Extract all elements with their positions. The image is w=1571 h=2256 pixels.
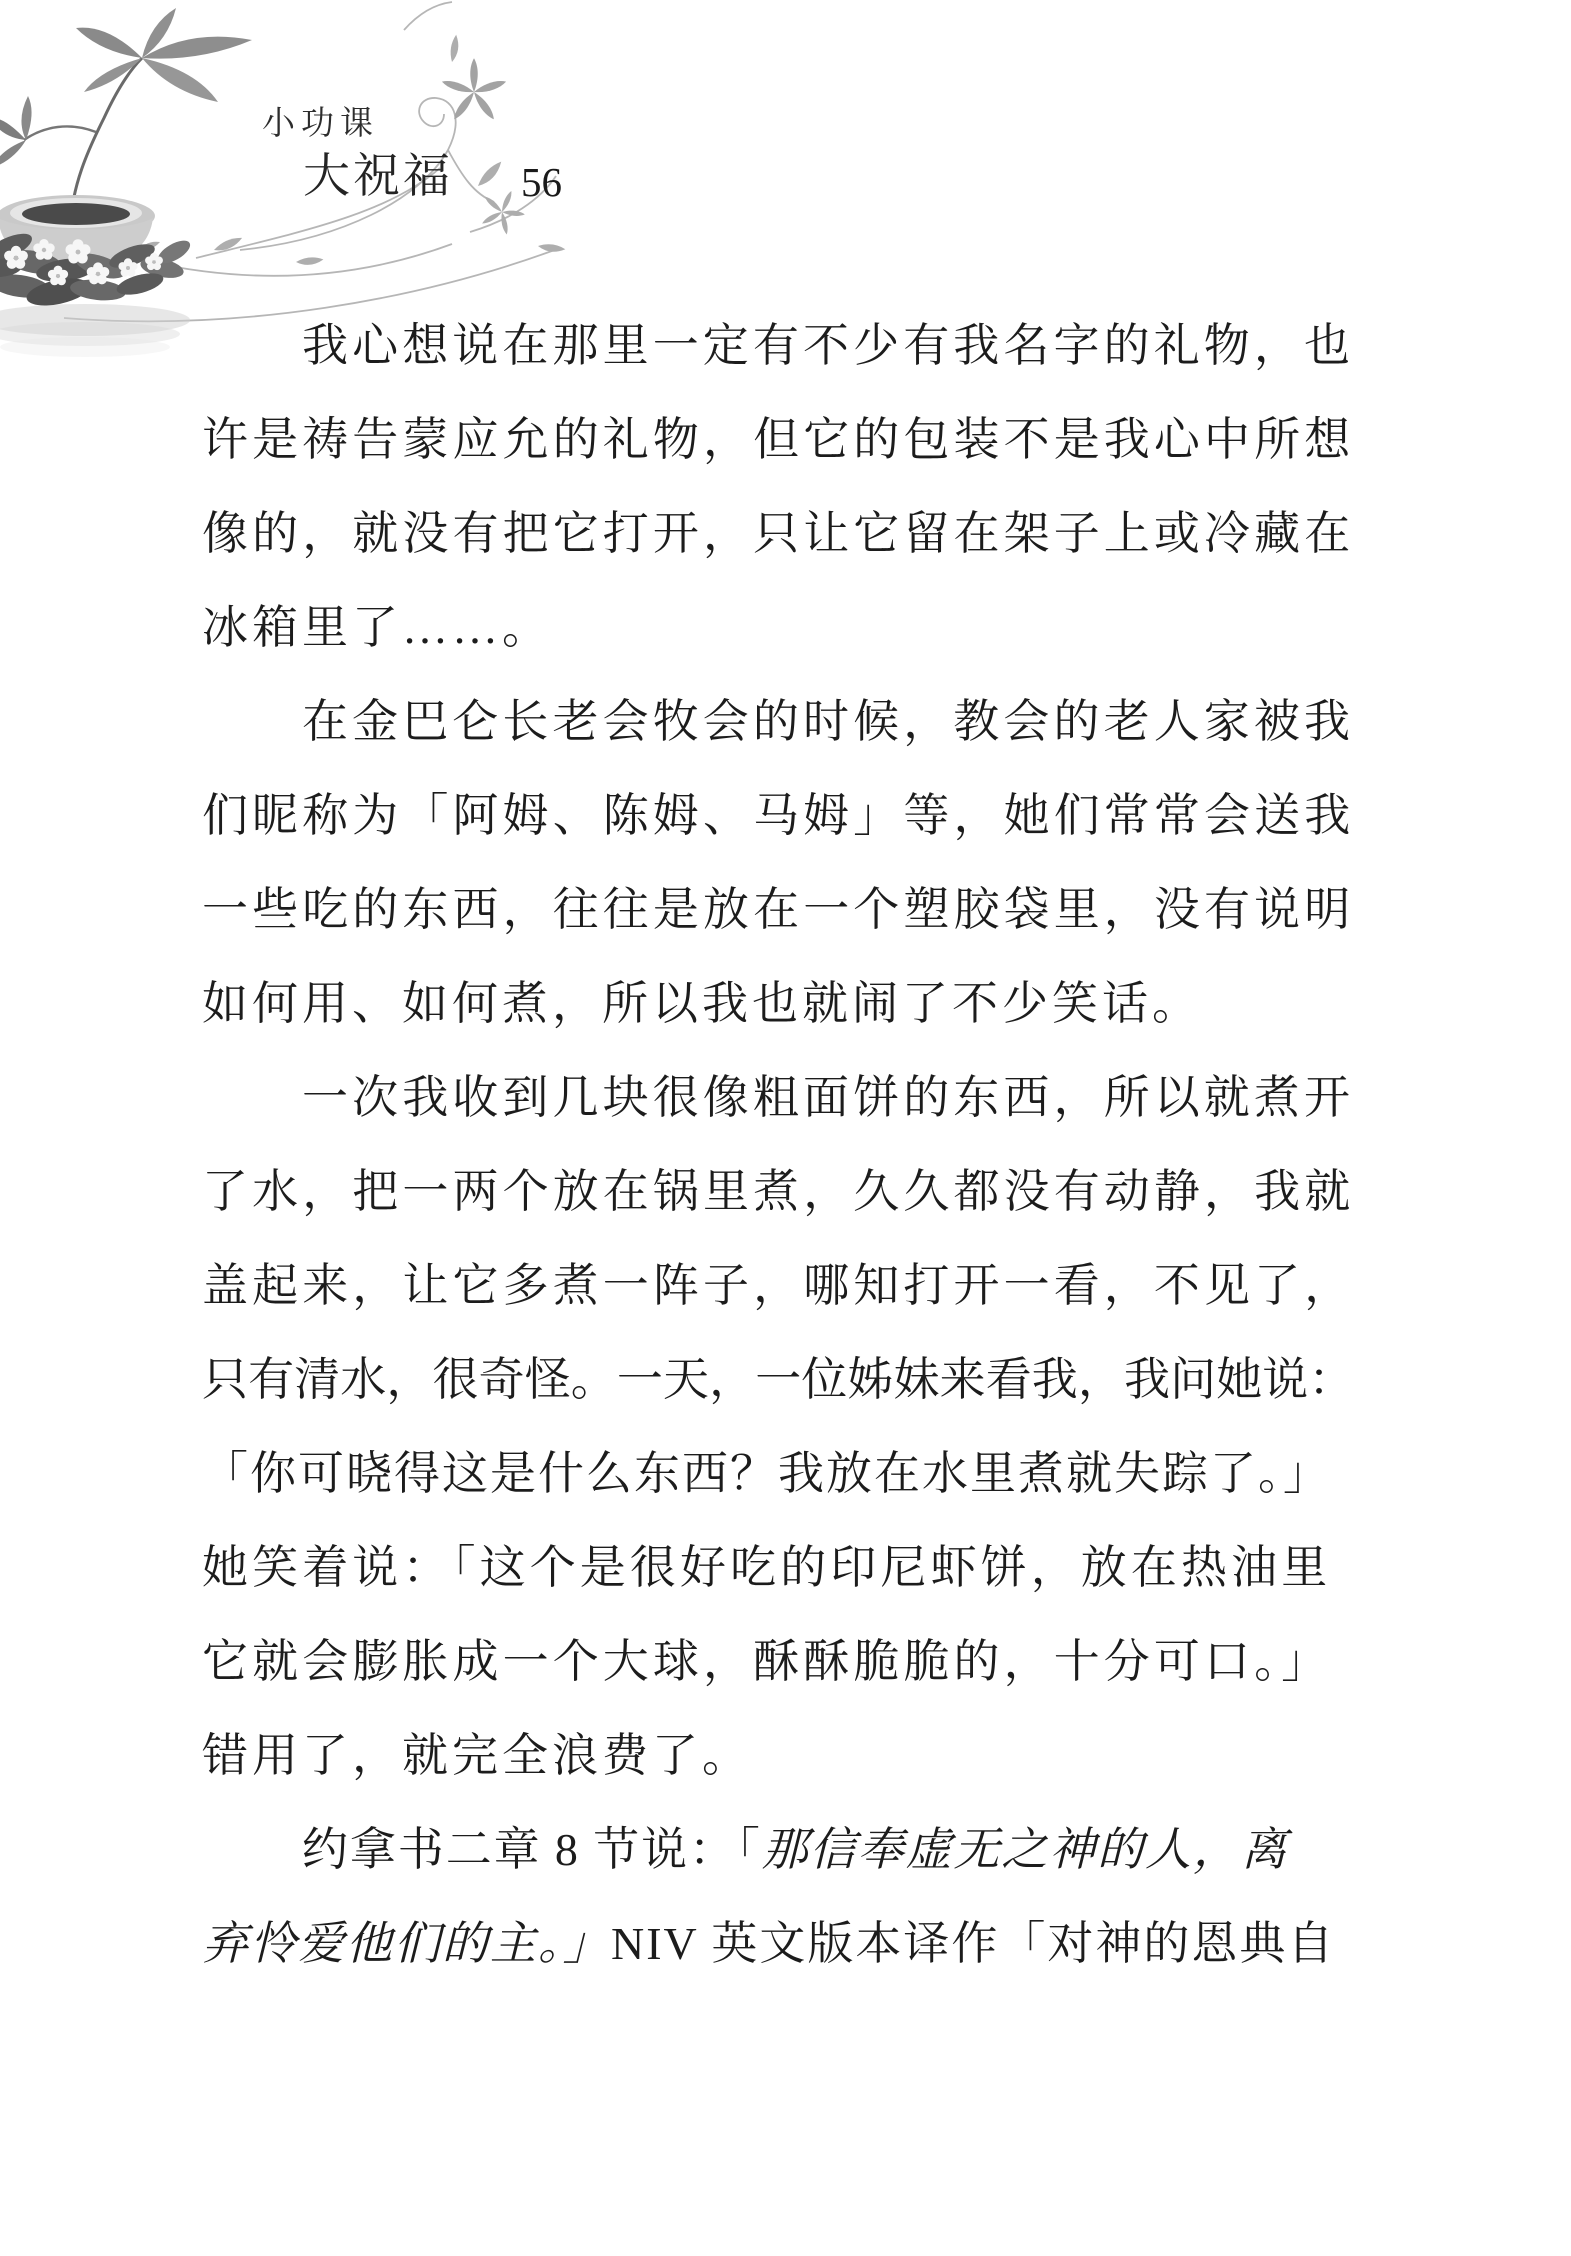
body-song-text: NIV 英文版本译作「对神的恩典自: [611, 1918, 1335, 1969]
body-song-text: 许是祷告蒙应允的礼物，但它的包装不是我心中所想: [202, 414, 1354, 465]
quote-kai-text: 弃怜爱他们的主。」: [202, 1918, 611, 1969]
flourish-flowers: [441, 58, 532, 239]
text-line: 像的，就没有把它打开，只让它留在架子上或冷藏在: [202, 487, 1355, 581]
text-line: 盖起来，让它多煮一阵子，哪知打开一看，不见了，: [202, 1239, 1355, 1333]
body-song-text: 错用了，就完全浪费了。: [202, 1730, 752, 1781]
body-song-text: 她笑着说：「这个是很好吃的印尼虾饼，放在热油里: [202, 1542, 1331, 1593]
text-line: 我心想说在那里一定有不少有我名字的礼物，也: [202, 299, 1355, 393]
text-line: 一次我收到几块很像粗面饼的东西，所以就煮开: [202, 1051, 1355, 1145]
body-song-text: 了水，把一两个放在锅里煮，久久都没有动静，我就: [202, 1166, 1354, 1217]
series-title: 小功课: [262, 97, 379, 144]
text-line: 它就会膨胀成一个大球，酥酥脆脆的，十分可口。」: [202, 1615, 1355, 1709]
quote-kai-text: 那信奉虚无之神的人，离: [762, 1824, 1289, 1875]
body-song-text: 像的，就没有把它打开，只让它留在架子上或冷藏在: [202, 508, 1354, 559]
body-song-text: 一些吃的东西，往往是放在一个塑胶袋里，没有说明: [202, 884, 1354, 935]
body-song-text: 在金巴仑长老会牧会的时候，教会的老人家被我: [302, 696, 1354, 747]
text-line: 们昵称为「阿姆、陈姆、马姆」等，她们常常会送我: [202, 769, 1355, 863]
text-line: 了水，把一两个放在锅里煮，久久都没有动静，我就: [202, 1145, 1355, 1239]
text-line: 许是祷告蒙应允的礼物，但它的包装不是我心中所想: [202, 393, 1355, 487]
text-line: 一些吃的东西，往往是放在一个塑胶袋里，没有说明: [202, 863, 1355, 957]
body-song-text: 只有清水，很奇怪。一天，一位姊妹来看我，我问她说：: [202, 1354, 1355, 1405]
text-line: 她笑着说：「这个是很好吃的印尼虾饼，放在热油里: [202, 1521, 1355, 1615]
body-song-text: 我心想说在那里一定有不少有我名字的礼物，也: [302, 320, 1354, 371]
body-song-text: 约拿书二章 8 节说：「: [302, 1824, 762, 1875]
text-line: 错用了，就完全浪费了。: [202, 1709, 1355, 1803]
main-title: 大祝福: [303, 139, 453, 206]
body-song-text: 盖起来，让它多煮一阵子，哪知打开一看，不见了，: [202, 1260, 1354, 1311]
body-song-text: 它就会膨胀成一个大球，酥酥脆脆的，十分可口。」: [202, 1636, 1331, 1687]
body-song-text: 们昵称为「阿姆、陈姆、马姆」等，她们常常会送我: [202, 790, 1354, 841]
body-song-text: 一次我收到几块很像粗面饼的东西，所以就煮开: [302, 1072, 1354, 1123]
text-line: 如何用、如何煮，所以我也就闹了不少笑话。: [202, 957, 1355, 1051]
text-line: 只有清水，很奇怪。一天，一位姊妹来看我，我问她说：: [202, 1333, 1355, 1427]
body-song-text: 「你可晓得这是什么东西？我放在水里煮就失踪了。」: [202, 1448, 1331, 1499]
text-line: 弃怜爱他们的主。」NIV 英文版本译作「对神的恩典自: [202, 1897, 1355, 1991]
text-line: 约拿书二章 8 节说：「那信奉虚无之神的人，离: [202, 1803, 1355, 1897]
text-line: 冰箱里了……。: [202, 581, 1355, 675]
body-text: 我心想说在那里一定有不少有我名字的礼物，也许是祷告蒙应允的礼物，但它的包装不是我…: [202, 299, 1355, 1991]
page-number: 56: [521, 158, 562, 206]
body-song-text: 冰箱里了……。: [202, 602, 552, 653]
text-line: 「你可晓得这是什么东西？我放在水里煮就失踪了。」: [202, 1427, 1355, 1521]
text-line: 在金巴仑长老会牧会的时候，教会的老人家被我: [202, 675, 1355, 769]
body-song-text: 如何用、如何煮，所以我也就闹了不少笑话。: [202, 978, 1202, 1029]
book-page: 小功课 大祝福 56 我心想说在那里一定有不少有我名字的礼物，也许是祷告蒙应允的…: [0, 0, 1571, 2256]
